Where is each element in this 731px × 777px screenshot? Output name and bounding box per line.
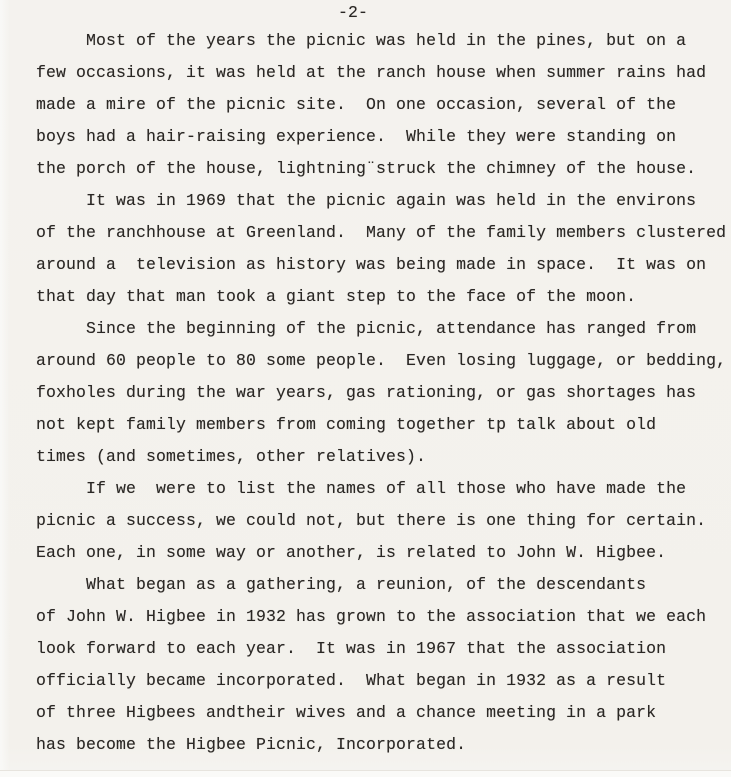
text-line: officially became incorporated. What beg… xyxy=(36,665,731,697)
page-number: -2- xyxy=(0,3,706,23)
text-line: of the ranchhouse at Greenland. Many of … xyxy=(36,217,731,249)
text-line: of three Higbees andtheir wives and a ch… xyxy=(36,697,731,729)
text-line: the porch of the house, lightning¨struck… xyxy=(36,153,731,185)
text-line: What began as a gathering, a reunion, of… xyxy=(36,569,731,601)
text-line: of John W. Higbee in 1932 has grown to t… xyxy=(36,601,731,633)
text-line: made a mire of the picnic site. On one o… xyxy=(36,89,731,121)
text-line: Most of the years the picnic was held in… xyxy=(36,25,731,57)
text-line: that day that man took a giant step to t… xyxy=(36,281,731,313)
text-line: Since the beginning of the picnic, atten… xyxy=(36,313,731,345)
text-line: around 60 people to 80 some people. Even… xyxy=(36,345,731,377)
scan-bottom-edge xyxy=(0,770,731,777)
text-line: foxholes during the war years, gas ratio… xyxy=(36,377,731,409)
text-line: around a television as history was being… xyxy=(36,249,731,281)
text-line: times (and sometimes, other relatives). xyxy=(36,441,731,473)
scan-left-edge xyxy=(0,0,10,777)
document-page: -2- Most of the years the picnic was hel… xyxy=(0,0,731,777)
text-line: picnic a success, we could not, but ther… xyxy=(36,505,731,537)
text-line: look forward to each year. It was in 196… xyxy=(36,633,731,665)
text-line: has become the Higbee Picnic, Incorporat… xyxy=(36,729,731,761)
text-line: boys had a hair-raising experience. Whil… xyxy=(36,121,731,153)
text-line: If we were to list the names of all thos… xyxy=(36,473,731,505)
text-line: Each one, in some way or another, is rel… xyxy=(36,537,731,569)
text-line: It was in 1969 that the picnic again was… xyxy=(36,185,731,217)
text-line: not kept family members from coming toge… xyxy=(36,409,731,441)
typewritten-text: Most of the years the picnic was held in… xyxy=(36,25,731,761)
text-line: few occasions, it was held at the ranch … xyxy=(36,57,731,89)
